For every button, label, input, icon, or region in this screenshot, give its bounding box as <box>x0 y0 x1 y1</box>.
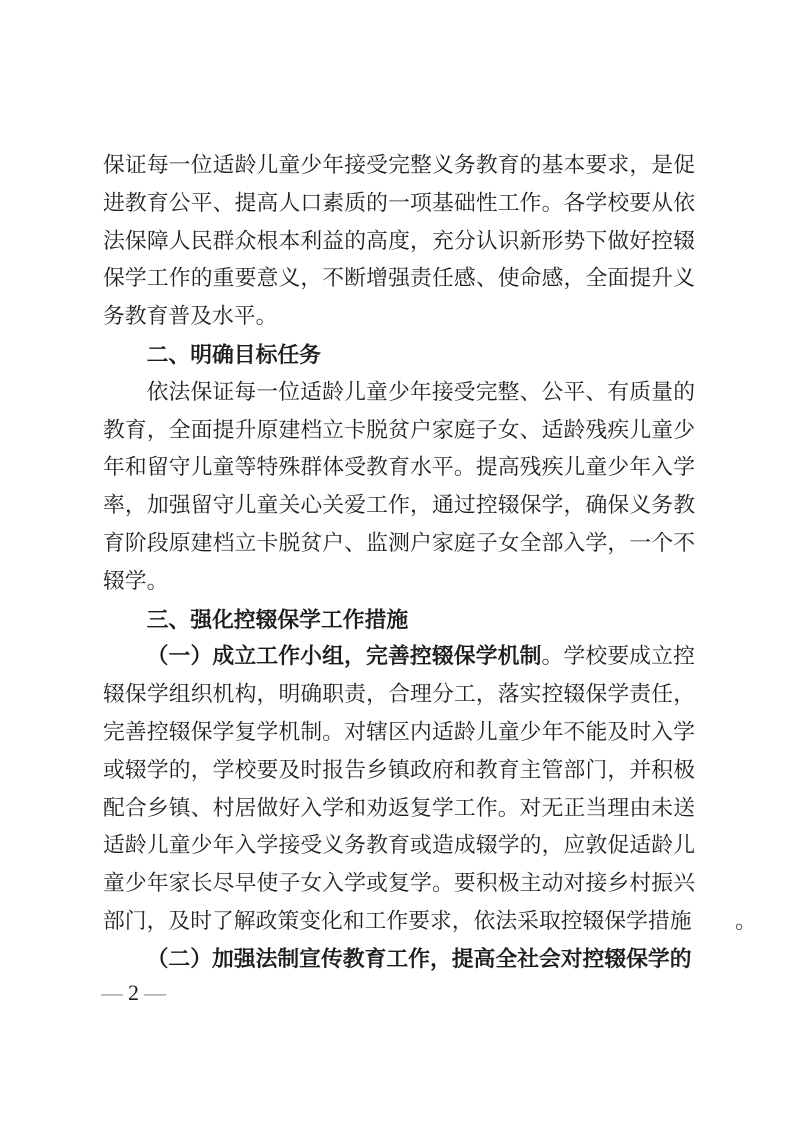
measure-1-lead: （一）成立工作小组，完善控辍保学机制 <box>147 644 542 668</box>
footer-dash-left: — <box>101 980 123 1005</box>
paragraph-continuation: 保证每一位适龄儿童少年接受完整义务教育的基本要求，是促进教育公平、提高人口素质的… <box>103 147 695 336</box>
paragraph-goals: 依法保证每一位适龄儿童少年接受完整、公平、有质量的教育，全面提升原建档立卡脱贫户… <box>103 374 695 601</box>
footer-dash-right: — <box>144 980 166 1005</box>
section-heading-goals: 二、明确目标任务 <box>103 336 695 374</box>
measure-1-body: 。学校要成立控辍保学组织机构，明确职责，合理分工，落实控辍保学责任，完善控辍保学… <box>103 644 695 933</box>
paragraph-measure-1: （一）成立工作小组，完善控辍保学机制。学校要成立控辍保学组织机构，明确职责，合理… <box>103 638 695 940</box>
section-heading-measures: 三、强化控辍保学工作措施 <box>103 601 695 639</box>
document-page: 保证每一位适龄儿童少年接受完整义务教育的基本要求，是促进教育公平、提高人口素质的… <box>0 0 793 1122</box>
document-body: 保证每一位适龄儿童少年接受完整义务教育的基本要求，是促进教育公平、提高人口素质的… <box>103 147 695 979</box>
paragraph-measure-2: （二）加强法制宣传教育工作，提高全社会对控辍保学的 <box>103 941 695 979</box>
page-number-footer: —2— <box>101 979 166 1007</box>
measure-2-lead: （二）加强法制宣传教育工作，提高全社会对控辍保学的 <box>147 947 692 971</box>
footer-page-number: 2 <box>123 980 144 1005</box>
